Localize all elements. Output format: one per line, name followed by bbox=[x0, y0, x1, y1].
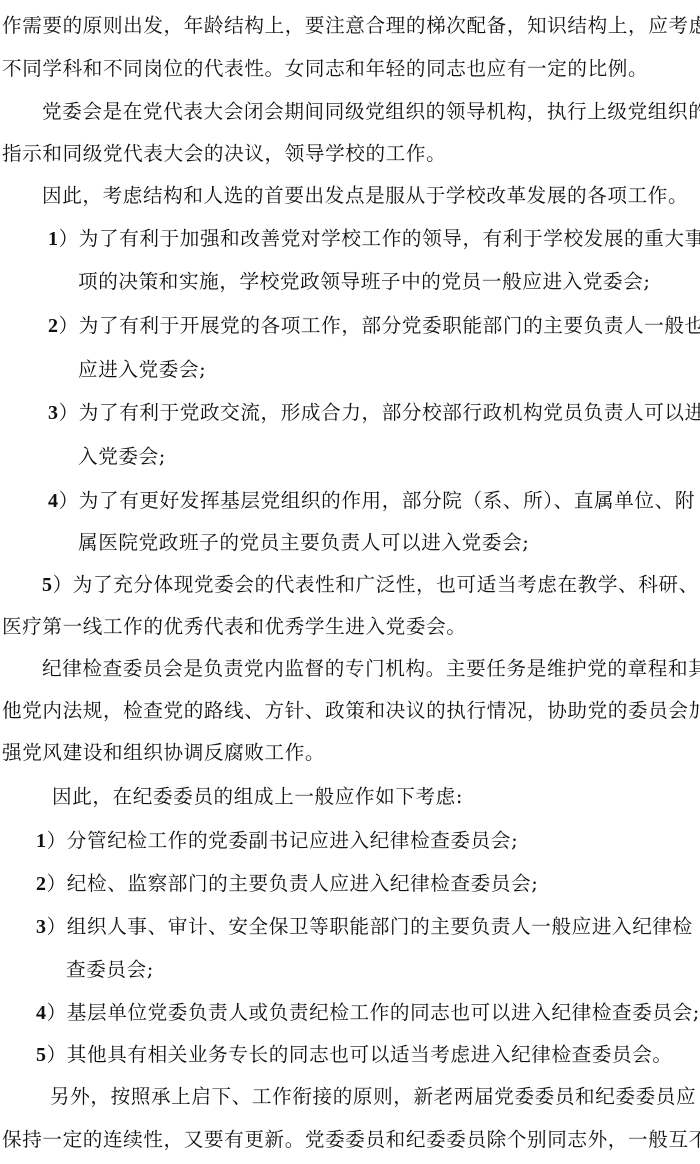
list-item-line: 1）为了有利于加强和改善党对学校工作的领导，有利于学校发展的重大事 bbox=[48, 227, 700, 251]
line-text: 医疗第一线工作的优秀代表和优秀学生进入党委会。 bbox=[2, 615, 466, 638]
list-number: 3 bbox=[48, 402, 59, 424]
list-item-line: 3）组织人事、审计、安全保卫等职能部门的主要负责人一般应进入纪律检 bbox=[36, 915, 693, 939]
list-item-line: 3）为了有利于党政交流，形成合力，部分校部行政机构党员负责人可以进 bbox=[48, 401, 700, 425]
list-number: 1 bbox=[48, 228, 59, 250]
paragraph-line: 入党委会; bbox=[78, 445, 166, 469]
list-item-line: 1）分管纪检工作的党委副书记应进入纪律检查委员会; bbox=[36, 829, 518, 853]
list-item-line: 5）其他具有相关业务专长的同志也可以适当考虑进入纪律检查委员会。 bbox=[36, 1043, 673, 1067]
paragraph-line: 因此，在纪委委员的组成上一般应作如下考虑: bbox=[52, 785, 463, 809]
paragraph-line: 不同学科和不同岗位的代表性。女同志和年轻的同志也应有一定的比例。 bbox=[2, 57, 648, 81]
list-item-line: 2）纪检、监察部门的主要负责人应进入纪律检查委员会; bbox=[36, 872, 538, 896]
paragraph-line: 医疗第一线工作的优秀代表和优秀学生进入党委会。 bbox=[2, 615, 466, 639]
paragraph-line: 查委员会; bbox=[66, 958, 154, 982]
paragraph-line: 应进入党委会; bbox=[78, 358, 206, 382]
line-text: 入党委会; bbox=[78, 445, 166, 468]
line-text: 他党内法规，检查党的路线、方针、政策和决议的执行情况，协助党的委员会加 bbox=[2, 699, 700, 722]
list-item-line: 5）为了充分体现党委会的代表性和广泛性，也可适当考虑在教学、科研、 bbox=[42, 573, 699, 597]
line-text: ）为了有利于党政交流，形成合力，部分校部行政机构党员负责人可以进 bbox=[59, 401, 700, 424]
list-number: 4 bbox=[36, 1002, 47, 1024]
list-item-line: 4）基层单位党委负责人或负责纪检工作的同志也可以进入纪律检查委员会; bbox=[36, 1001, 700, 1025]
paragraph-line: 保持一定的连续性，又要有更新。党委委员和纪委委员除个别同志外，一般互不 bbox=[2, 1128, 700, 1152]
line-text: 另外，按照承上启下、工作衔接的原则，新老两届党委委员和纪委委员应 bbox=[50, 1085, 696, 1108]
line-text: ）分管纪检工作的党委副书记应进入纪律检查委员会; bbox=[47, 829, 519, 852]
line-text: 应进入党委会; bbox=[78, 358, 206, 381]
list-number: 2 bbox=[48, 315, 59, 337]
line-text: 强党风建设和组织协调反腐败工作。 bbox=[2, 741, 325, 764]
line-text: ）基层单位党委负责人或负责纪检工作的同志也可以进入纪律检查委员会; bbox=[47, 1001, 700, 1024]
list-number: 2 bbox=[36, 873, 47, 895]
line-text: 党委会是在党代表大会闭会期间同级党组织的领导机构，执行上级党组织的 bbox=[42, 100, 700, 123]
line-text: ）为了充分体现党委会的代表性和广泛性，也可适当考虑在教学、科研、 bbox=[53, 573, 699, 596]
list-number: 1 bbox=[36, 830, 47, 852]
list-number: 5 bbox=[42, 574, 53, 596]
paragraph-line: 因此，考虑结构和人选的首要出发点是服从于学校改革发展的各项工作。 bbox=[42, 184, 688, 208]
line-text: 查委员会; bbox=[66, 958, 154, 981]
paragraph-line: 另外，按照承上启下、工作衔接的原则，新老两届党委委员和纪委委员应 bbox=[50, 1085, 696, 1109]
list-number: 4 bbox=[48, 490, 59, 512]
line-text: 因此，考虑结构和人选的首要出发点是服从于学校改革发展的各项工作。 bbox=[42, 184, 688, 207]
line-text: 保持一定的连续性，又要有更新。党委委员和纪委委员除个别同志外，一般互不 bbox=[2, 1128, 700, 1151]
paragraph-line: 他党内法规，检查党的路线、方针、政策和决议的执行情况，协助党的委员会加 bbox=[2, 699, 700, 723]
paragraph-line: 作需要的原则出发，年龄结构上，要注意合理的梯次配备，知识结构上，应考虑 bbox=[2, 14, 700, 38]
line-text: ）为了有利于开展党的各项工作，部分党委职能部门的主要负责人一般也 bbox=[59, 314, 700, 337]
paragraph-line: 指示和同级党代表大会的决议，领导学校的工作。 bbox=[2, 142, 446, 166]
line-text: 不同学科和不同岗位的代表性。女同志和年轻的同志也应有一定的比例。 bbox=[2, 57, 648, 80]
line-text: ）纪检、监察部门的主要负责人应进入纪律检查委员会; bbox=[47, 872, 539, 895]
list-number: 3 bbox=[36, 916, 47, 938]
line-text: ）为了有利于加强和改善党对学校工作的领导，有利于学校发展的重大事 bbox=[59, 227, 700, 250]
line-text: ）组织人事、审计、安全保卫等职能部门的主要负责人一般应进入纪律检 bbox=[47, 915, 693, 938]
paragraph-line: 纪律检查委员会是负责党内监督的专门机构。主要任务是维护党的章程和其 bbox=[42, 657, 700, 681]
line-text: 纪律检查委员会是负责党内监督的专门机构。主要任务是维护党的章程和其 bbox=[42, 657, 700, 680]
list-number: 5 bbox=[36, 1044, 47, 1066]
line-text: 项的决策和实施，学校党政领导班子中的党员一般应进入党委会; bbox=[78, 270, 651, 293]
line-text: ）为了有更好发挥基层党组织的作用，部分院（系、所）、直属单位、附 bbox=[59, 489, 695, 512]
line-text: 作需要的原则出发，年龄结构上，要注意合理的梯次配备，知识结构上，应考虑 bbox=[2, 14, 700, 37]
list-item-line: 2）为了有利于开展党的各项工作，部分党委职能部门的主要负责人一般也 bbox=[48, 314, 700, 338]
paragraph-line: 项的决策和实施，学校党政领导班子中的党员一般应进入党委会; bbox=[78, 270, 651, 294]
line-text: ）其他具有相关业务专长的同志也可以适当考虑进入纪律检查委员会。 bbox=[47, 1043, 673, 1066]
line-text: 因此，在纪委委员的组成上一般应作如下考虑: bbox=[52, 785, 463, 808]
paragraph-line: 党委会是在党代表大会闭会期间同级党组织的领导机构，执行上级党组织的 bbox=[42, 100, 700, 124]
paragraph-line: 强党风建设和组织协调反腐败工作。 bbox=[2, 741, 325, 765]
line-text: 指示和同级党代表大会的决议，领导学校的工作。 bbox=[2, 142, 446, 165]
line-text: 属医院党政班子的党员主要负责人可以进入党委会; bbox=[78, 531, 529, 554]
list-item-line: 4）为了有更好发挥基层党组织的作用，部分院（系、所）、直属单位、附 bbox=[48, 489, 695, 513]
paragraph-line: 属医院党政班子的党员主要负责人可以进入党委会; bbox=[78, 531, 529, 555]
